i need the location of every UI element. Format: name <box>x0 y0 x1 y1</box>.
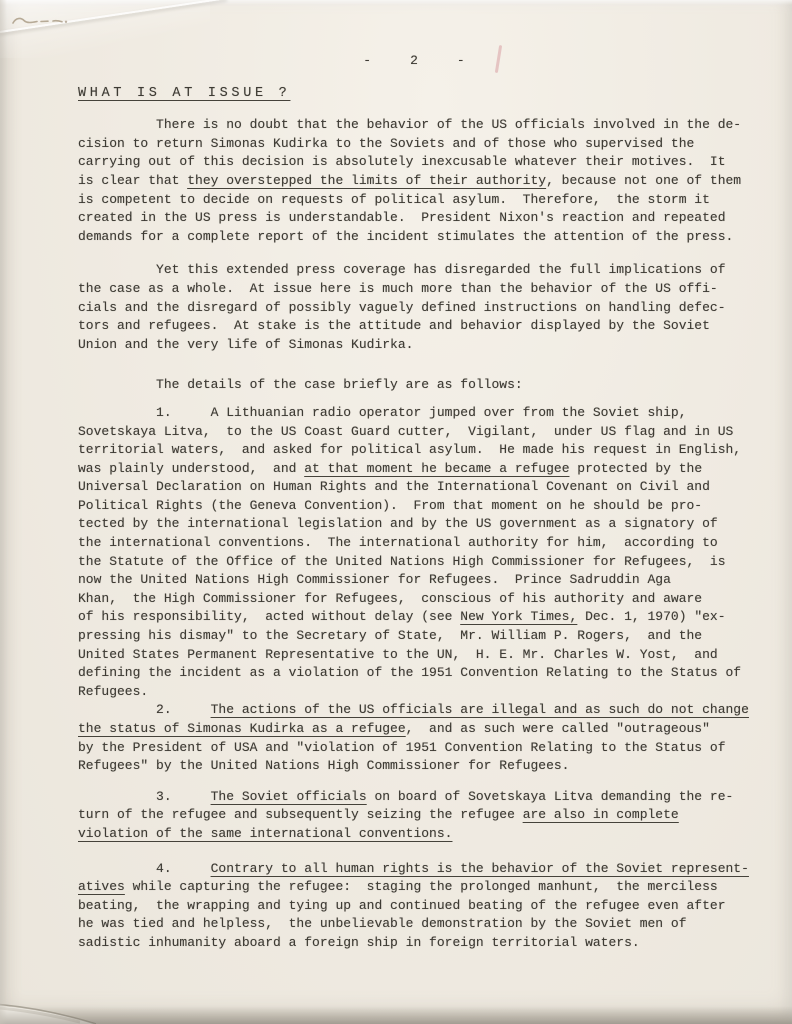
text-line: tors and refugees. At stake is the attit… <box>78 317 750 336</box>
section-heading-text: WHAT IS AT ISSUE ? <box>78 86 290 101</box>
scanned-document-page: - 2 - WHAT IS AT ISSUE ? There is no dou… <box>0 0 792 1024</box>
text-line: by the President of USA and "violation o… <box>78 739 750 758</box>
text-line: the international conventions. The inter… <box>78 534 750 553</box>
text-line: United States Permanent Representative t… <box>78 646 750 665</box>
text-line: Refugees" by the United Nations High Com… <box>78 757 750 776</box>
text-line: Khan, the High Commissioner for Refugees… <box>78 590 750 609</box>
text-line: turn of the refugee and subsequently sei… <box>78 806 750 825</box>
item-1: 1. A Lithuanian radio operator jumped ov… <box>78 404 750 702</box>
text-line: Sovetskaya Litva, to the US Coast Guard … <box>78 423 750 442</box>
text-line: Yet this extended press coverage has dis… <box>78 261 750 280</box>
text-line: created in the US press is understandabl… <box>78 209 750 228</box>
text-line: is clear that they overstepped the limit… <box>78 172 750 191</box>
page-curl-bottom-left <box>0 946 96 1024</box>
text-line: Universal Declaration on Human Rights an… <box>78 478 750 497</box>
text-line: There is no doubt that the behavior of t… <box>78 116 750 135</box>
page-left-edge <box>0 0 7 1024</box>
intro-paragraph-2: Yet this extended press coverage has dis… <box>78 261 750 354</box>
text-line: beating, the wrapping and tying up and c… <box>78 897 750 916</box>
page-number: - 2 - <box>78 52 750 71</box>
text-line: was plainly understood, and at that mome… <box>78 460 750 479</box>
document-body: There is no doubt that the behavior of t… <box>78 116 750 952</box>
text-line: demands for a complete report of the inc… <box>78 228 750 247</box>
text-line: cials and the disregard of possibly vagu… <box>78 299 750 318</box>
text-line: Union and the very life of Simonas Kudir… <box>78 336 750 355</box>
text-line: now the United Nations High Commissioner… <box>78 571 750 590</box>
text-line: tected by the international legislation … <box>78 515 750 534</box>
text-line: territorial waters, and asked for politi… <box>78 441 750 460</box>
item-2: 2. The actions of the US officials are i… <box>78 701 750 775</box>
section-heading: WHAT IS AT ISSUE ? <box>78 85 750 104</box>
text-line: Refugees. <box>78 683 750 702</box>
text-line: of his responsibility, acted without del… <box>78 608 750 627</box>
text-line: 3. The Soviet officials on board of Sove… <box>78 788 750 807</box>
item-3: 3. The Soviet officials on board of Sove… <box>78 788 750 844</box>
text-line: atives while capturing the refugee: stag… <box>78 878 750 897</box>
text-line: The details of the case briefly are as f… <box>78 376 750 395</box>
text-line: is competent to decide on requests of po… <box>78 191 750 210</box>
text-line: the Statute of the Office of the United … <box>78 553 750 572</box>
text-line: the case as a whole. At issue here is mu… <box>78 280 750 299</box>
page-top-edge <box>0 0 792 5</box>
document-content: - 2 - WHAT IS AT ISSUE ? There is no dou… <box>78 52 750 953</box>
text-line: defining the incident as a violation of … <box>78 664 750 683</box>
pencil-squiggle-mark <box>10 13 72 31</box>
text-line: he was tied and helpless, the unbelievab… <box>78 915 750 934</box>
text-line: sadistic inhumanity aboard a foreign shi… <box>78 934 750 953</box>
text-line: 4. Contrary to all human rights is the b… <box>78 860 750 879</box>
text-line: Political Rights (the Geneva Convention)… <box>78 497 750 516</box>
page-bottom-shadow <box>0 1006 792 1024</box>
details-lead: The details of the case briefly are as f… <box>78 376 750 395</box>
intro-paragraph-1: There is no doubt that the behavior of t… <box>78 116 750 246</box>
text-line: pressing his dismay" to the Secretary of… <box>78 627 750 646</box>
text-line: the status of Simonas Kudirka as a refug… <box>78 720 750 739</box>
text-line: 1. A Lithuanian radio operator jumped ov… <box>78 404 750 423</box>
item-4: 4. Contrary to all human rights is the b… <box>78 860 750 953</box>
text-line: carrying out of this decision is absolut… <box>78 153 750 172</box>
text-line: cision to return Simonas Kudirka to the … <box>78 135 750 154</box>
text-line: 2. The actions of the US officials are i… <box>78 701 750 720</box>
text-line: violation of the same international conv… <box>78 825 750 844</box>
